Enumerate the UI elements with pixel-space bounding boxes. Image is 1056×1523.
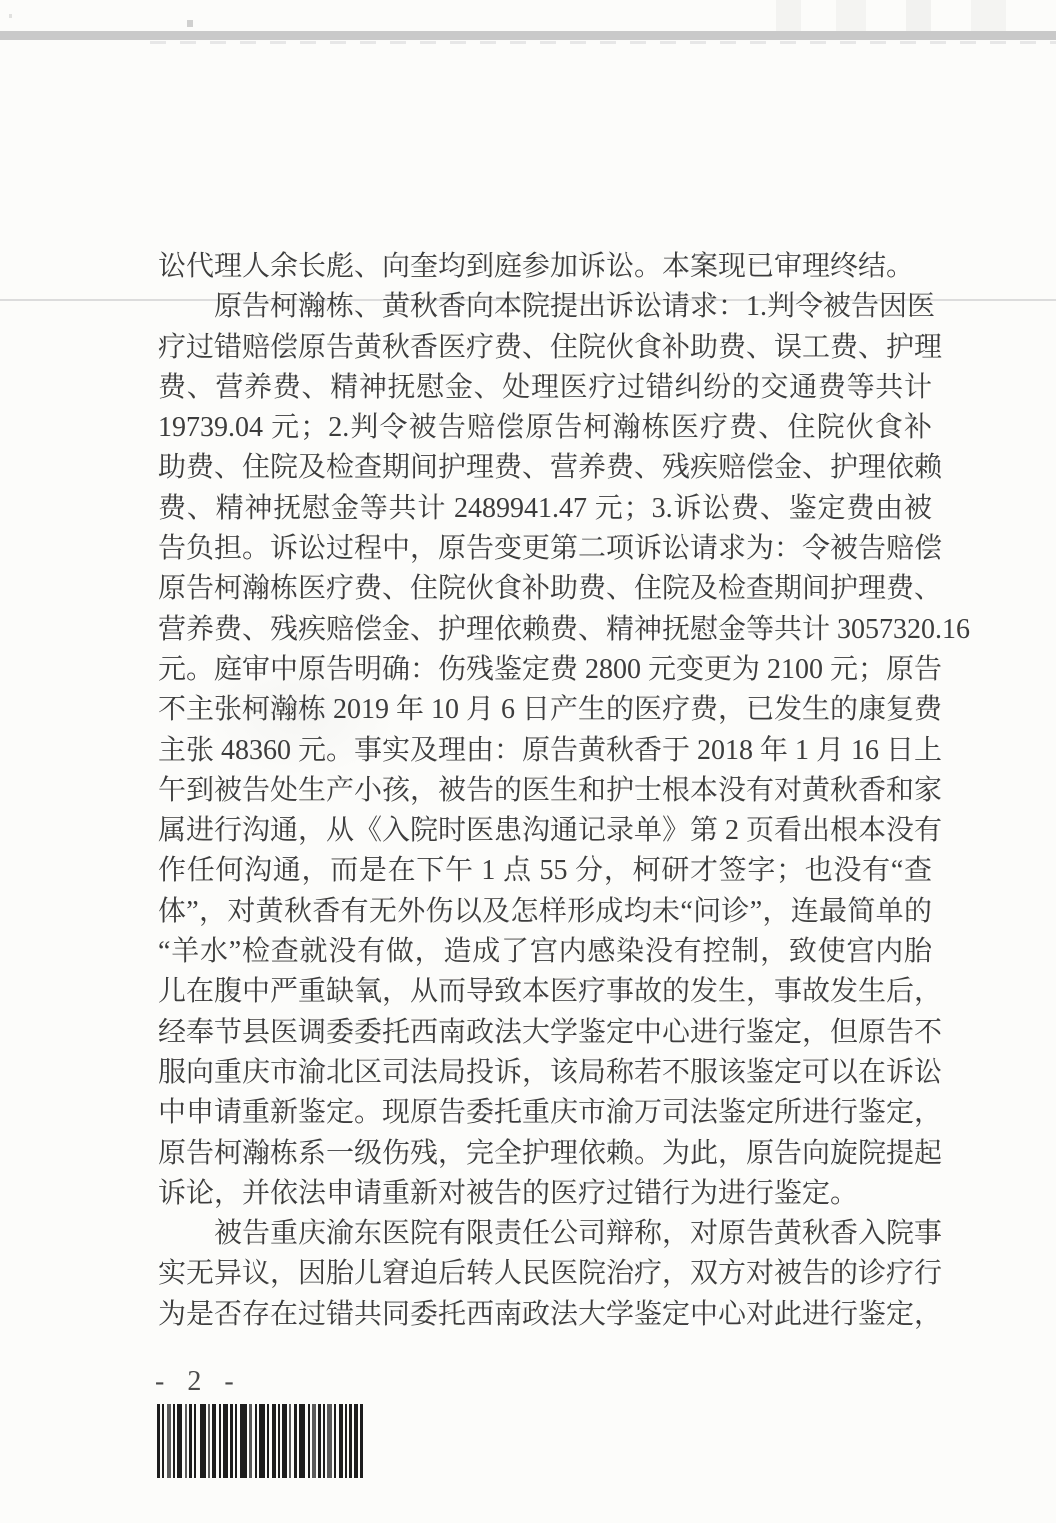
text-line: 原告柯瀚栋医疗费、住院伙食补助费、住院及检查期间护理费、: [158, 569, 932, 609]
scanner-band-artifact: [0, 31, 1056, 40]
text-line: 午到被告处生产小孩，被告的医生和护士根本没有对黄秋香和家: [158, 771, 932, 811]
text-line: 原告柯瀚栋系一级伤残，完全护理依赖。为此，原告向旋院提起: [158, 1134, 932, 1174]
text-line: 诉论，并依法申请重新对被告的医疗过错行为进行鉴定。: [158, 1174, 932, 1214]
text-line: 助费、住院及检查期间护理费、营养费、残疾赔偿金、护理依赖: [158, 448, 932, 488]
text-line: 讼代理人余长彪、向奎均到庭参加诉讼。本案现已审理终结。: [158, 247, 932, 287]
text-line: 为是否存在过错共同委托西南政法大学鉴定中心对此进行鉴定，: [158, 1295, 932, 1335]
scan-streaks-artifact: [756, 0, 1056, 31]
text-line: 元。庭审中原告明确：伤残鉴定费 2800 元变更为 2100 元；原告: [158, 650, 932, 690]
scan-speck-artifact: [9, 14, 12, 18]
text-line: 主张 48360 元。事实及理由：原告黄秋香于 2018 年 1 月 16 日上: [158, 731, 932, 771]
text-line: 费、营养费、精神抚慰金、处理医疗过错纠纷的交通费等共计: [158, 368, 932, 408]
scan-speck-artifact: [187, 20, 193, 27]
text-line: 营养费、残疾赔偿金、护理依赖费、精神抚慰金等共计 3057320.16: [158, 610, 932, 650]
barcode: [157, 1404, 367, 1478]
text-line: 体”，对黄秋香有无外伤以及怎样形成均未“问诊”，连最简单的: [158, 892, 932, 932]
barcode-bar: [240, 1404, 247, 1478]
text-line: 原告柯瀚栋、黄秋香向本院提出诉讼请求：1.判令被告因医: [158, 287, 932, 327]
text-line: 被告重庆渝东医院有限责任公司辩称，对原告黄秋香入院事: [158, 1214, 932, 1254]
page-number: - 2 -: [155, 1366, 242, 1398]
scanned-court-document-page: 讼代理人余长彪、向奎均到庭参加诉讼。本案现已审理终结。原告柯瀚栋、黄秋香向本院提…: [0, 0, 1056, 1523]
text-line: 作任何沟通，而是在下午 1 点 55 分，柯研才签字；也没有“查: [158, 851, 932, 891]
text-line: 费、精神抚慰金等共计 2489941.47 元；3.诉讼费、鉴定费由被: [158, 489, 932, 529]
text-line: 19739.04 元；2.判令被告赔偿原告柯瀚栋医疗费、住院伙食补: [158, 408, 932, 448]
text-line: “羊水”检查就没有做，造成了宫内感染没有控制，致使宫内胎: [158, 932, 932, 972]
text-line: 告负担。诉讼过程中，原告变更第二项诉讼请求为：令被告赔偿: [158, 529, 932, 569]
text-block: 讼代理人余长彪、向奎均到庭参加诉讼。本案现已审理终结。原告柯瀚栋、黄秋香向本院提…: [158, 247, 932, 1335]
barcode-gap: [363, 1404, 365, 1478]
text-line: 中申请重新鉴定。现原告委托重庆市渝万司法鉴定所进行鉴定，: [158, 1093, 932, 1133]
text-line: 经奉节县医调委委托西南政法大学鉴定中心进行鉴定，但原告不: [158, 1013, 932, 1053]
text-line: 不主张柯瀚栋 2019 年 10 月 6 日产生的医疗费，已发生的康复费: [158, 690, 932, 730]
text-line: 实无异议，因胎儿窘迫后转人民医院治疗，双方对被告的诊疗行: [158, 1254, 932, 1294]
text-line: 儿在腹中严重缺氧，从而导致本医疗事故的发生，事故发生后，: [158, 972, 932, 1012]
text-line: 服向重庆市渝北区司法局投诉，该局称若不服该鉴定可以在诉讼: [158, 1053, 932, 1093]
text-line: 属进行沟通，从《入院时医患沟通记录单》第 2 页看出根本没有: [158, 811, 932, 851]
scanner-band-dashes-artifact: [150, 41, 1056, 44]
text-line: 疗过错赔偿原告黄秋香医疗费、住院伙食补助费、误工费、护理: [158, 328, 932, 368]
